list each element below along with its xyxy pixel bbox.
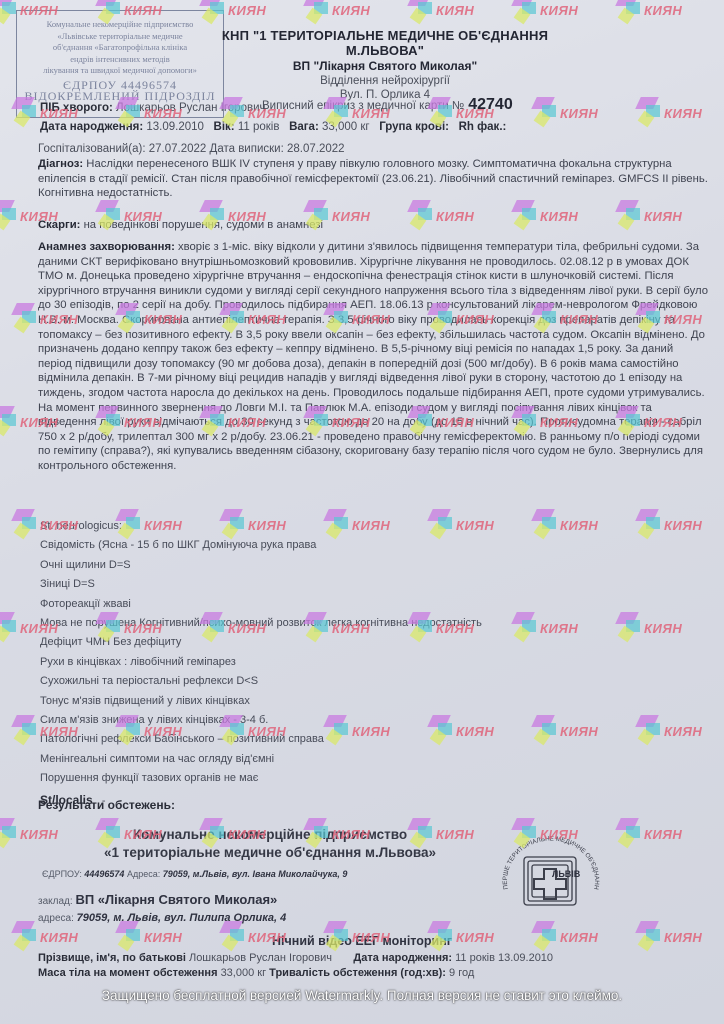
watermarkly-notice: Защищено бесплатной версией Watermarkly.… — [0, 988, 724, 1003]
kiyan-watermark-logo: КИЯН — [636, 509, 706, 543]
discharge-document: Комунальне некомерційне підприємство «Ль… — [0, 0, 724, 1024]
neuro-title: St. neurologicus: — [40, 517, 482, 536]
eeg-patient-row: Прізвище, ім'я, по батькові Лошкарьов Ру… — [38, 952, 553, 964]
eeg-dob-value: 11 років 13.09.2010 — [455, 952, 553, 964]
neuro-line: Очні щилини D=S — [40, 556, 482, 575]
document-header: КНП "1 ТЕРИТОРІАЛЬНЕ МЕДИЧНЕ ОБ'ЄДНАННЯ … — [185, 28, 585, 101]
logo-ring-text: ПЕРШЕ ТЕРИТОРІАЛЬНЕ МЕДИЧНЕ ОБ'ЄДНАННЯ — [494, 833, 600, 891]
fio-value: Лошкарьов Руслан Ігорович — [189, 952, 332, 964]
kiyan-watermark-logo: КИЯН — [512, 0, 582, 28]
kiyan-watermark-logo: КИЯН — [532, 715, 602, 749]
kiyan-watermark-logo: КИЯН — [616, 0, 686, 28]
epicrisis-label: Виписний епікриз з медичної карти № — [262, 100, 464, 112]
eeg-org-line1: Комунальне некомерційне підприємство — [70, 826, 470, 844]
dob-label: Дата народження: — [40, 121, 143, 133]
patient-name-label: ПІБ хворого: — [40, 102, 113, 114]
neuro-status: St. neurologicus: Свідомість (Ясна - 15 … — [40, 517, 482, 811]
complaints-label: Скарги: — [38, 219, 80, 231]
kiyan-watermark-logo: КИЯН — [0, 818, 62, 852]
address-value: 79059, м.Львів, вул. Івана Миколайчука, … — [163, 869, 348, 879]
kiyan-watermark-logo: КИЯН — [636, 97, 706, 131]
weight-label: Вага: — [289, 121, 319, 133]
admission-row: Госпіталізований(а): 27.07.2022 Дата вип… — [38, 143, 345, 155]
neuro-line: Фотореакції жваві — [40, 595, 482, 614]
diagnosis-label: Діагноз: — [38, 158, 83, 170]
eeg-org-details: ЄДРПОУ: 44496574 Адреса: 79059, м.Львів,… — [42, 869, 347, 879]
edrpou-label: ЄДРПОУ: — [42, 869, 82, 879]
logo-city: ЛЬВІВ — [552, 869, 581, 879]
kiyan-watermark-logo: КИЯН — [636, 715, 706, 749]
kiyan-watermark-logo: КИЯН — [408, 0, 478, 28]
svg-text:ПЕРШЕ ТЕРИТОРІАЛЬНЕ МЕДИЧНЕ ОБ: ПЕРШЕ ТЕРИТОРІАЛЬНЕ МЕДИЧНЕ ОБ'ЄДНАННЯ — [494, 833, 600, 891]
facility-address: 79059, м. Львів, вул. Пилипа Орлика, 4 — [77, 912, 287, 924]
edrpou-value: 44496574 — [84, 869, 124, 879]
neuro-line: Сухожильні та періостальні рефлекси D<S — [40, 672, 482, 691]
neuro-line: Менінгеальні симптоми на час огляду від'… — [40, 750, 482, 769]
dob-value: 13.09.2010 — [146, 121, 204, 133]
neuro-line: Рухи в кінцівках : лівобічний геміпарез — [40, 653, 482, 672]
neuro-line: Мова не порушена Когнітивний/психо-мовни… — [40, 614, 482, 633]
facility-name: ВП «Лікарня Святого Миколая» — [75, 892, 277, 907]
card-number: 42740 — [468, 96, 513, 113]
diagnosis-section: Діагноз: Наслідки перенесеного ВШК IV ст… — [38, 157, 710, 201]
eeg-dob-label: Дата народження: — [353, 952, 452, 964]
org-title: КНП "1 ТЕРИТОРІАЛЬНЕ МЕДИЧНЕ ОБ'ЄДНАННЯ … — [185, 28, 585, 58]
patient-name-row: ПІБ хворого: Лошкарьов Руслан Ігорович — [40, 102, 266, 114]
weight-value: 33,000 кг — [322, 121, 370, 133]
address-label: Адреса: — [127, 869, 160, 879]
complaints-text: на поведінкові порушення, судоми в анамн… — [84, 219, 323, 231]
eeg-org-header: Комунальне некомерційне підприємство «1 … — [70, 826, 470, 862]
anamnesis-text: хворіє з 1-міс. віку відколи у дитини з'… — [38, 241, 708, 472]
kiyan-watermark-logo: КИЯН — [616, 612, 686, 646]
anamnesis-section: Анамнез захворювання: хворіє з 1-міс. ві… — [38, 240, 710, 474]
eeg-org-line2: «1 територіальне медичне об'єднання м.Ль… — [70, 844, 470, 862]
kiyan-watermark-logo: КИЯН — [616, 818, 686, 852]
eeg-title: Нічний відео ЕЕГ моніторинг — [0, 934, 724, 948]
neuro-line: Зіниці D=S — [40, 575, 482, 594]
neuro-line: Патологічні рефлекси Бабінського – позит… — [40, 730, 482, 749]
age-label: Вік: — [214, 121, 235, 133]
epicrisis-title: Виписний епікриз з медичної карти №42740 — [262, 96, 513, 114]
eeg-mass-row: Маса тіла на момент обстеження 33,000 кг… — [38, 967, 474, 979]
rh-factor-label: Rh фак.: — [459, 121, 507, 133]
neuro-line: Тонус м'язів підвищений у лівих кінцівка… — [40, 692, 482, 711]
kiyan-watermark-logo: КИЯН — [304, 0, 374, 28]
admitted-date: 27.07.2022 — [149, 143, 207, 155]
admitted-label: Госпіталізований(а): — [38, 143, 146, 155]
mass-value: 33,000 кг — [221, 967, 267, 979]
neuro-line: Дефіцит ЧМН Без дефіциту — [40, 633, 482, 652]
anamnesis-label: Анамнез захворювання: — [38, 241, 175, 253]
department-name: Відділення нейрохірургії — [185, 75, 585, 87]
neuro-line: Сила м'язів знижена у лівих кінцівках - … — [40, 711, 482, 730]
complaints-section: Скарги: на поведінкові порушення, судоми… — [38, 218, 710, 233]
kiyan-watermark-logo: КИЯН — [512, 612, 582, 646]
neuro-line: Свідомість (Ясна - 15 б по ШКГ Домінуюча… — [40, 536, 482, 555]
duration-label: Тривалість обстеження (год:хв): — [269, 967, 446, 979]
neuro-line: Порушення функції тазових органів не має — [40, 769, 482, 788]
results-heading: Результати обстежень: — [38, 798, 175, 812]
facility-label: заклад: — [38, 896, 73, 907]
patient-name: Лошкарьов Руслан Ігорович — [116, 102, 265, 114]
mass-label: Маса тіла на момент обстеження — [38, 967, 218, 979]
discharge-label: Дата виписки: — [210, 143, 284, 155]
patient-info-row: Дата народження: 13.09.2010 Вік: 11 рокі… — [40, 121, 506, 133]
age-value: 11 років — [238, 121, 280, 133]
facility-address-label: адреса: — [38, 913, 74, 924]
duration-value: 9 год — [449, 967, 474, 979]
diagnosis-text: Наслідки перенесеного ВШК IV ступеня у п… — [38, 158, 708, 199]
kiyan-watermark-logo: КИЯН — [532, 509, 602, 543]
blood-group-label: Група крові: — [379, 121, 449, 133]
fio-label: Прізвище, ім'я, по батькові — [38, 952, 186, 964]
kiyan-watermark-logo: КИЯН — [532, 97, 602, 131]
discharge-date: 28.07.2022 — [287, 143, 345, 155]
facility-block: заклад: ВП «Лікарня Святого Миколая» адр… — [38, 892, 286, 927]
hospital-name: ВП "Лікарня Святого Миколая" — [185, 59, 585, 73]
lviv-medical-logo: ЛЬВІВ ПЕРШЕ ТЕРИТОРІАЛЬНЕ МЕДИЧНЕ ОБ'ЄДН… — [494, 833, 606, 925]
